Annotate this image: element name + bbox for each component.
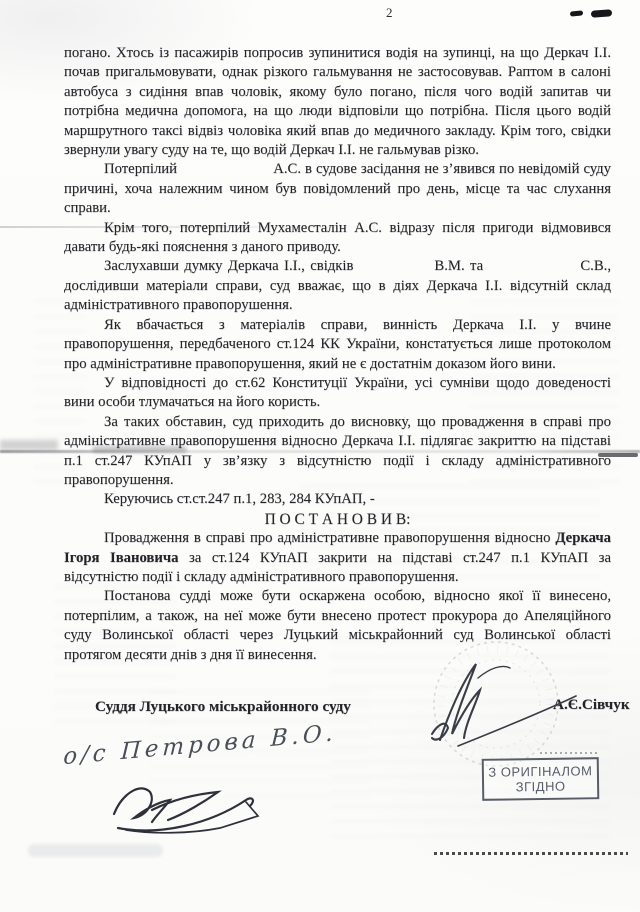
scan-artifact-dash <box>570 10 583 16</box>
document-body: погано. Хтось із пасажирів попросив зупи… <box>64 44 611 665</box>
judge-title: Суддя Луцького міськрайонного суду <box>95 698 351 716</box>
paragraph-1: погано. Хтось із пасажирів попросив зупи… <box>64 44 611 160</box>
paragraph-8: Керуючись ст.ст.247 п.1, 283, 284 КУпАП,… <box>64 490 611 509</box>
paper-crease-smudge <box>0 440 58 450</box>
court-seal-and-judge-signature <box>418 638 633 773</box>
paragraph-7: За таких обставин, суд приходить до висн… <box>64 413 611 491</box>
judge-signature-icon <box>432 664 576 746</box>
clerk-signature-icon <box>100 772 275 847</box>
stamp-text-line1: З ОРИГІНАЛОМ <box>488 763 592 779</box>
clerk-handwritten-note: о/с Петрова В.О. <box>63 722 313 770</box>
scan-artifact-dash <box>591 9 612 17</box>
paragraph-4: Заслухавши думку Деркача І.І., свідків В… <box>64 257 611 315</box>
dotted-line-artifact <box>434 852 628 855</box>
page-number: 2 <box>386 5 393 21</box>
paragraph-5: Як вбачається з матеріалів справи, винні… <box>64 316 611 374</box>
paragraph-3: Крім того, потерпілий Мухаместалін А.С. … <box>64 219 611 258</box>
round-seal-icon <box>434 642 558 766</box>
paragraph-text: Провадження в справі про адміністративне… <box>104 530 555 546</box>
paragraph-9: П О С Т А Н О В И В: <box>64 510 611 529</box>
paragraph-2: Потерпілий А.С. в судове засідання не з’… <box>64 160 611 218</box>
stamp-text-line2: ЗГІДНО <box>516 779 566 795</box>
certified-copy-stamp: З ОРИГІНАЛОМ ЗГІДНО <box>482 757 600 801</box>
stamp-edge-dots <box>540 752 598 754</box>
paragraph-6: У відповідності до ст.62 Конституції Укр… <box>64 374 611 413</box>
paragraph-10: Провадження в справі про адміністративне… <box>64 529 611 587</box>
scanned-court-document-page: 2 погано. Хтось із пасажирів попросив зу… <box>0 0 640 912</box>
